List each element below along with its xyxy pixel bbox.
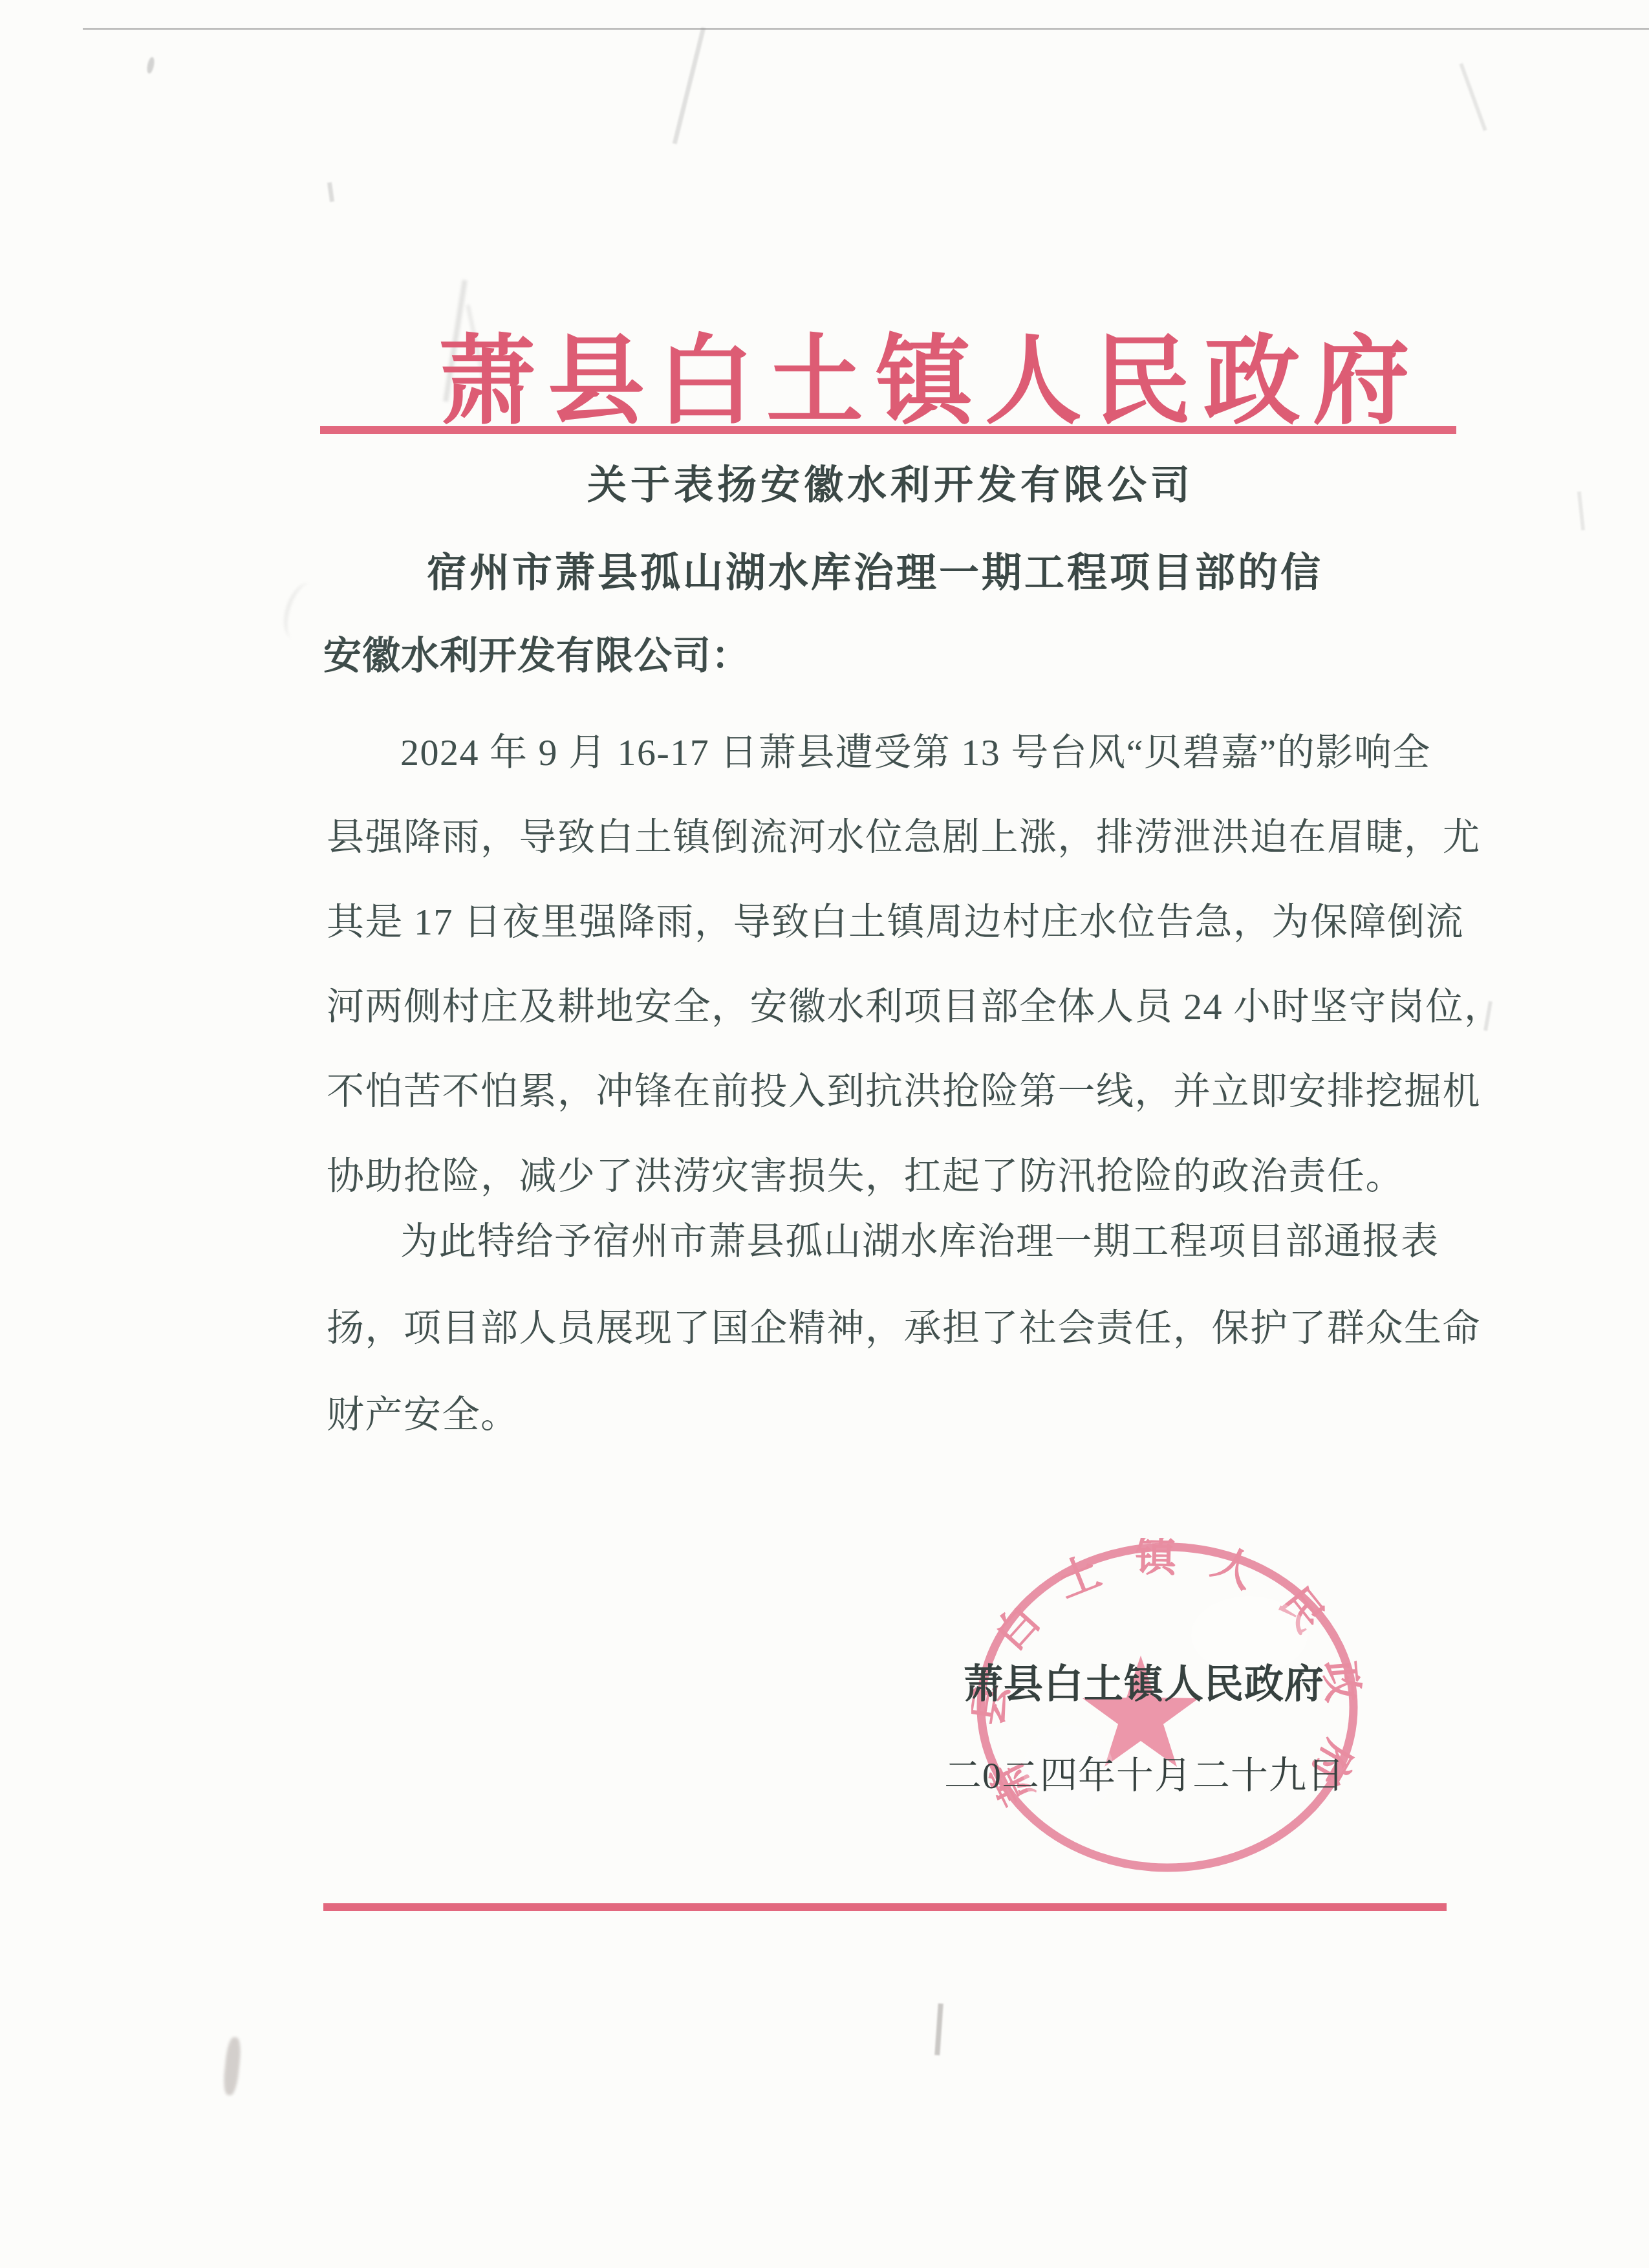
- footer-rule: [323, 1903, 1447, 1911]
- subject-line-2: 宿州市萧县孤山湖水库治理一期工程项目部的信: [427, 541, 1323, 598]
- scanner-artifact-line: [83, 28, 1649, 30]
- smudge-mark: [934, 2003, 943, 2055]
- smudge-mark: [673, 27, 706, 144]
- salutation: 安徽水利开发有限公司：: [323, 625, 750, 680]
- smudge-mark: [1577, 491, 1585, 530]
- subject-line-1: 关于表扬安徽水利开发有限公司: [587, 454, 1194, 510]
- body-line: 财产安全。: [327, 1384, 519, 1438]
- smudge-mark: [145, 56, 155, 74]
- body-line: 为此特给予宿州市萧县孤山湖水库治理一期工程项目部通报表: [327, 1211, 1439, 1265]
- smudge-mark: [277, 579, 325, 643]
- body-line: 2024 年 9 月 16-17 日萧县遭受第 13 号台风“贝碧嘉”的影响全: [327, 722, 1431, 776]
- body-line: 县强降雨，导致白土镇倒流河水位急剧上涨，排涝泄洪迫在眉睫，尤: [327, 806, 1481, 861]
- scanned-letter-page: 萧县白土镇人民政府 关于表扬安徽水利开发有限公司 宿州市萧县孤山湖水库治理一期工…: [0, 0, 1649, 2268]
- signature-government-name: 萧县白土镇人民政府: [964, 1653, 1324, 1709]
- body-line: 其是 17 日夜里强降雨，导致白土镇周边村庄水位告急，为保障倒流: [327, 891, 1464, 945]
- document-date: 二0二四年十月二十九日: [944, 1745, 1345, 1799]
- official-seal: 萧县白土镇人民政府: [971, 1538, 1366, 1881]
- body-line: 河两侧村庄及耕地安全，安徽水利项目部全体人员 24 小时坚守岗位，: [327, 976, 1503, 1030]
- body-line: 协助抢险，减少了洪涝灾害损失，扛起了防汛抢险的政治责任。: [327, 1145, 1404, 1200]
- smudge-mark: [1459, 63, 1487, 131]
- letterhead-title: 萧县白土镇人民政府: [438, 303, 1422, 442]
- smudge-mark: [222, 2036, 242, 2096]
- body-line: 扬，项目部人员展现了国企精神，承担了社会责任，保护了群众生命: [327, 1297, 1481, 1352]
- smudge-mark: [327, 182, 334, 202]
- letterhead-rule: [320, 426, 1456, 434]
- body-line: 不怕苦不怕累，冲锋在前投入到抗洪抢险第一线，并立即安排挖掘机: [327, 1061, 1481, 1115]
